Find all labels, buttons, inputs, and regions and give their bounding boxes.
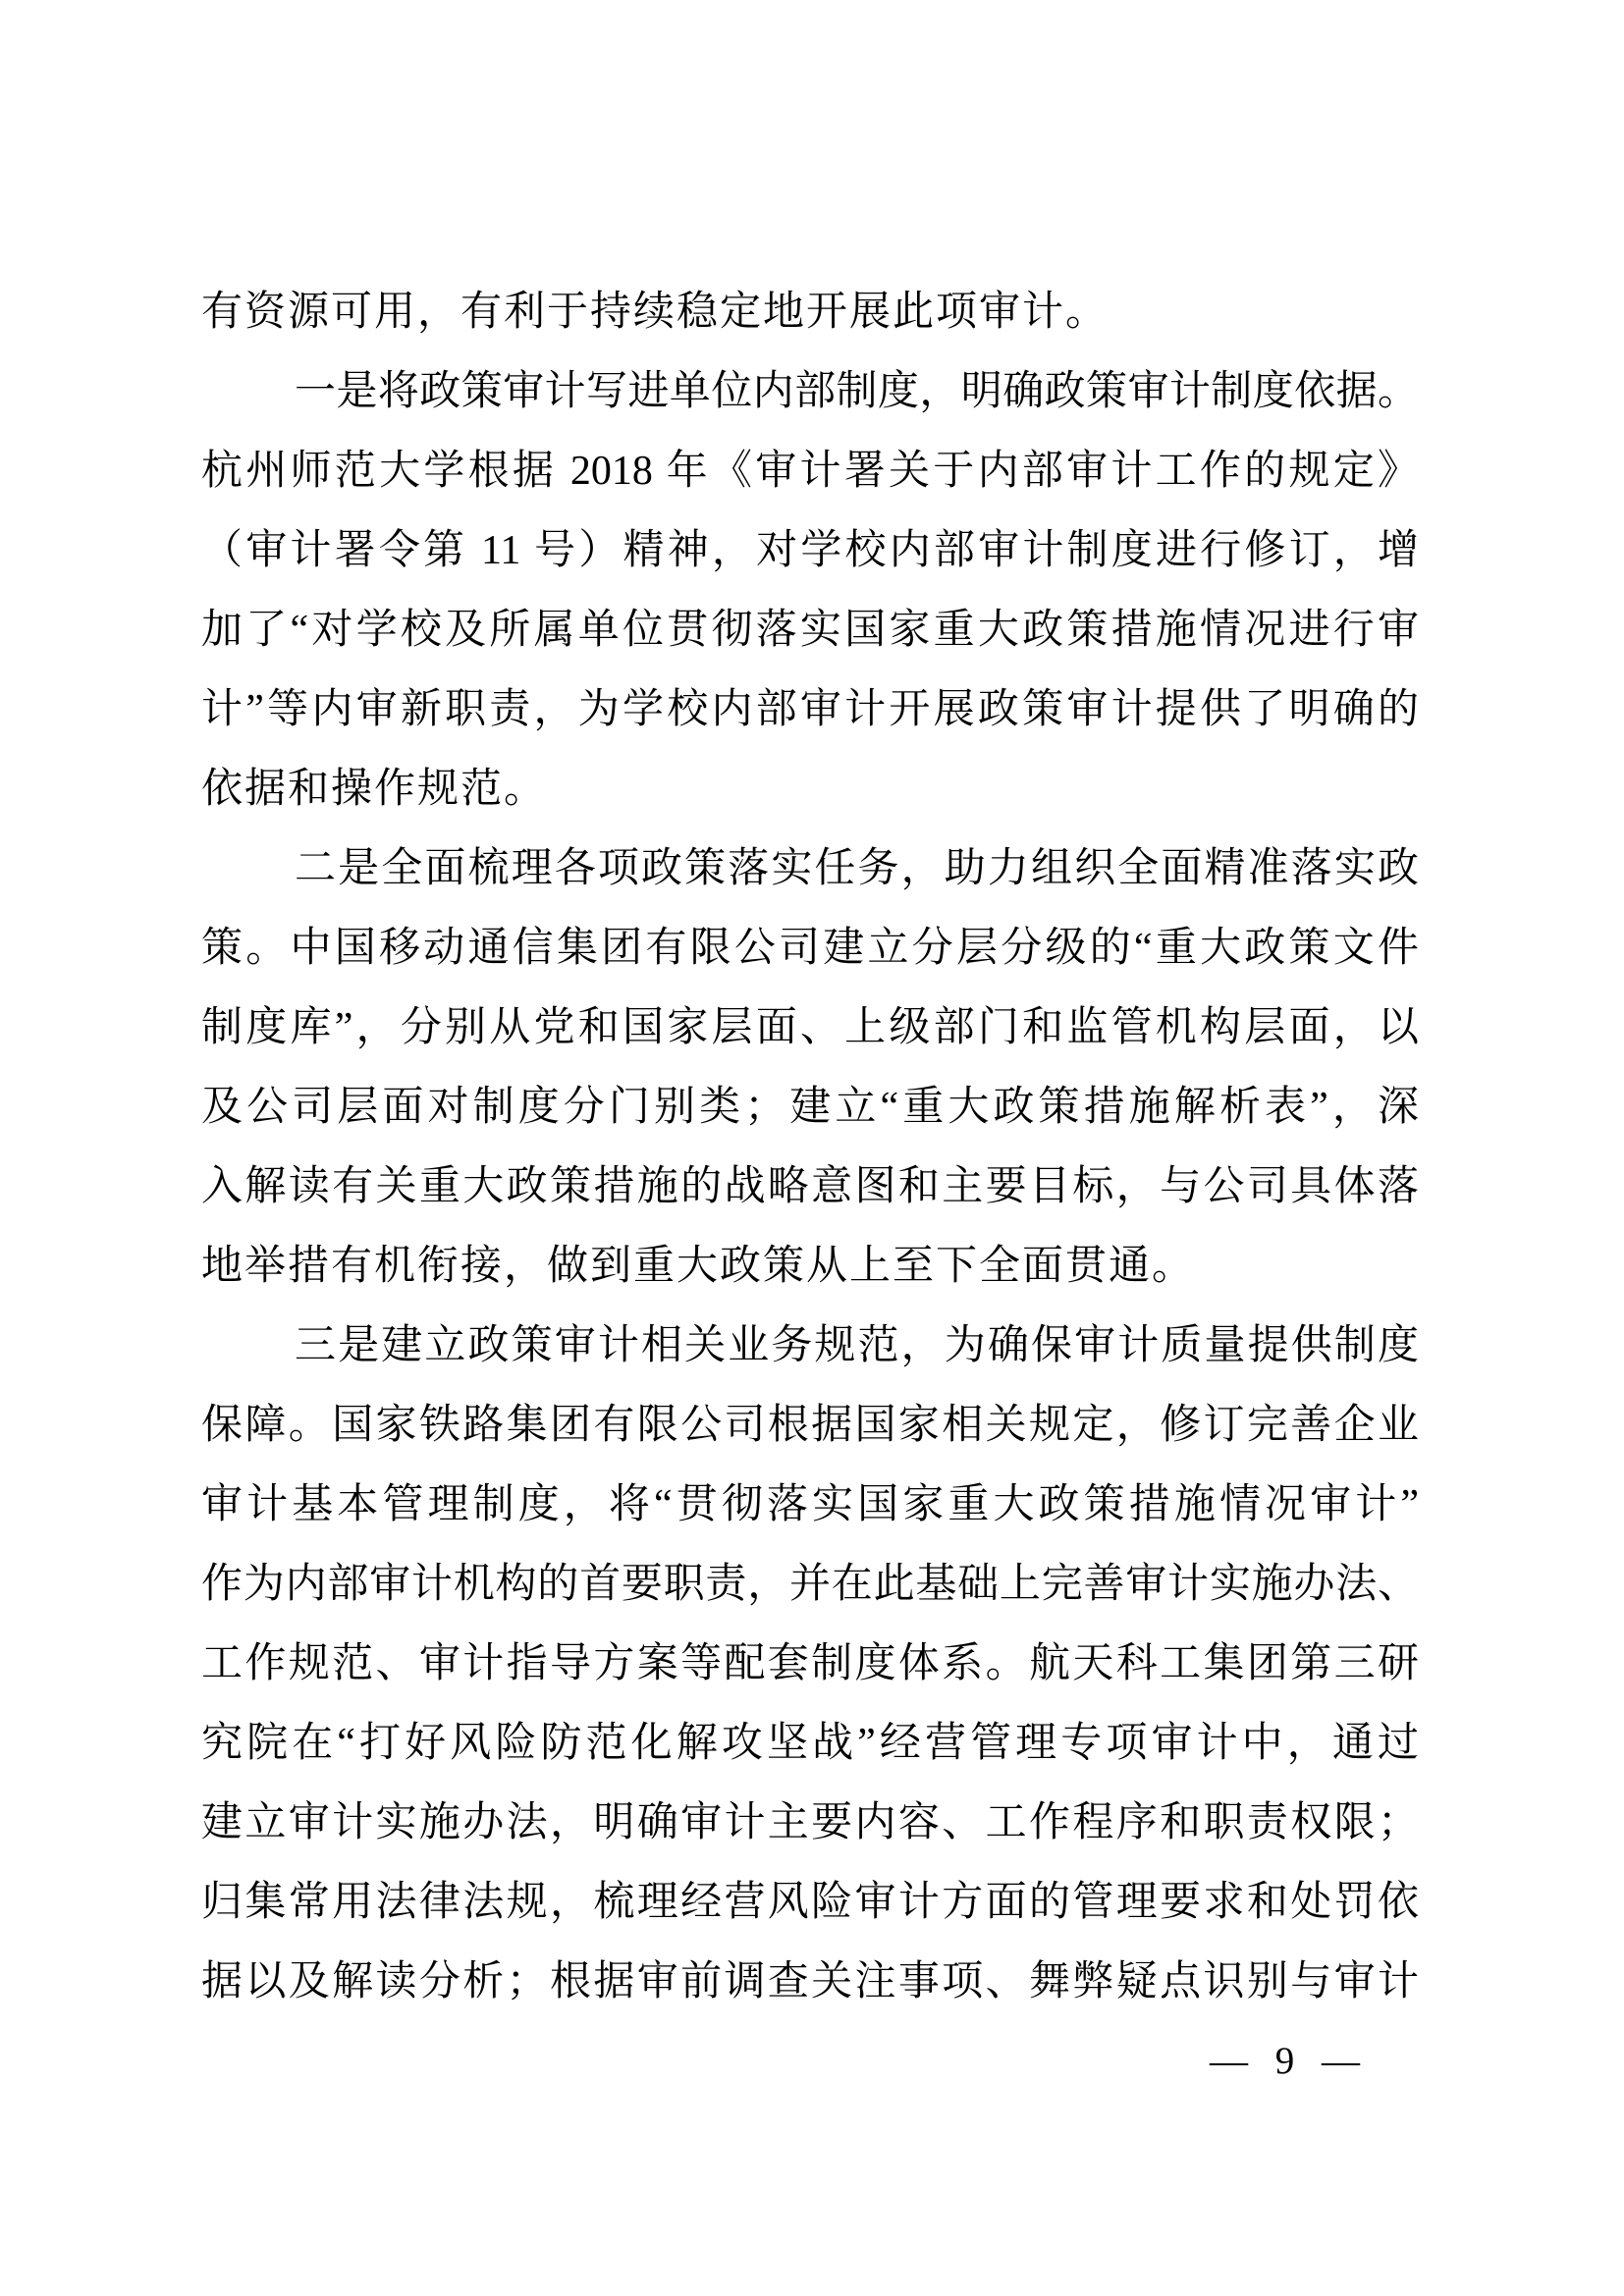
text-line: 审计基本管理制度，将“贯彻落实国家重大政策措施情况审计” — [201, 1466, 1419, 1545]
text-line: 作为内部审计机构的首要职责，并在此基础上完善审计实施办法、 — [201, 1545, 1419, 1625]
text-line: 地举措有机衔接，做到重大政策从上至下全面贯通。 — [201, 1227, 1419, 1307]
paragraph: 三是建立政策审计相关业务规范，为确保审计质量提供制度 保障。国家铁路集团有限公司… — [201, 1307, 1419, 2022]
text-line: 制度库”，分别从党和国家层面、上级部门和监管机构层面，以 — [201, 988, 1419, 1068]
text-line: 归集常用法律法规，梳理经营风险审计方面的管理要求和处罚依 — [201, 1863, 1419, 1943]
text-line: 及公司层面对制度分门别类；建立“重大政策措施解析表”，深 — [201, 1068, 1419, 1148]
document-page: 有资源可用，有利于持续稳定地开展此项审计。 一是将政策审计写进单位内部制度，明确… — [0, 0, 1624, 2296]
text-line: 入解读有关重大政策措施的战略意图和主要目标，与公司具体落 — [201, 1148, 1419, 1227]
text-line: 依据和操作规范。 — [201, 750, 1419, 829]
text-line: 杭州师范大学根据 2018 年《审计署关于内部审计工作的规定》 — [201, 432, 1419, 511]
text-line: 二是全面梳理各项政策落实任务，助力组织全面精准落实政 — [201, 829, 1419, 909]
text-line: 工作规范、审计指导方案等配套制度体系。航天科工集团第三研 — [201, 1625, 1419, 1704]
paragraph: 一是将政策审计写进单位内部制度，明确政策审计制度依据。 杭州师范大学根据 201… — [201, 352, 1419, 829]
paragraph: 二是全面梳理各项政策落实任务，助力组织全面精准落实政 策。中国移动通信集团有限公… — [201, 829, 1419, 1307]
document-body: 有资源可用，有利于持续稳定地开展此项审计。 一是将政策审计写进单位内部制度，明确… — [201, 273, 1419, 2022]
page-number: — 9 — — [1210, 2040, 1369, 2083]
text-line: 究院在“打好风险防范化解攻坚战”经营管理专项审计中，通过 — [201, 1704, 1419, 1784]
text-line: 保障。国家铁路集团有限公司根据国家相关规定，修订完善企业 — [201, 1386, 1419, 1466]
paragraph: 有资源可用，有利于持续稳定地开展此项审计。 — [201, 273, 1419, 352]
text-line: 三是建立政策审计相关业务规范，为确保审计质量提供制度 — [201, 1307, 1419, 1386]
text-line: 策。中国移动通信集团有限公司建立分层分级的“重大政策文件 — [201, 909, 1419, 988]
text-line: 建立审计实施办法，明确审计主要内容、工作程序和职责权限； — [201, 1784, 1419, 1863]
text-line: 据以及解读分析；根据审前调查关注事项、舞弊疑点识别与审计 — [201, 1943, 1419, 2022]
text-line: 加了“对学校及所属单位贯彻落实国家重大政策措施情况进行审 — [201, 591, 1419, 670]
text-line: 有资源可用，有利于持续稳定地开展此项审计。 — [201, 273, 1419, 352]
text-line: 一是将政策审计写进单位内部制度，明确政策审计制度依据。 — [201, 352, 1419, 432]
text-line: （审计署令第 11 号）精神，对学校内部审计制度进行修订，增 — [201, 511, 1419, 591]
text-line: 计”等内审新职责，为学校内部审计开展政策审计提供了明确的 — [201, 670, 1419, 750]
